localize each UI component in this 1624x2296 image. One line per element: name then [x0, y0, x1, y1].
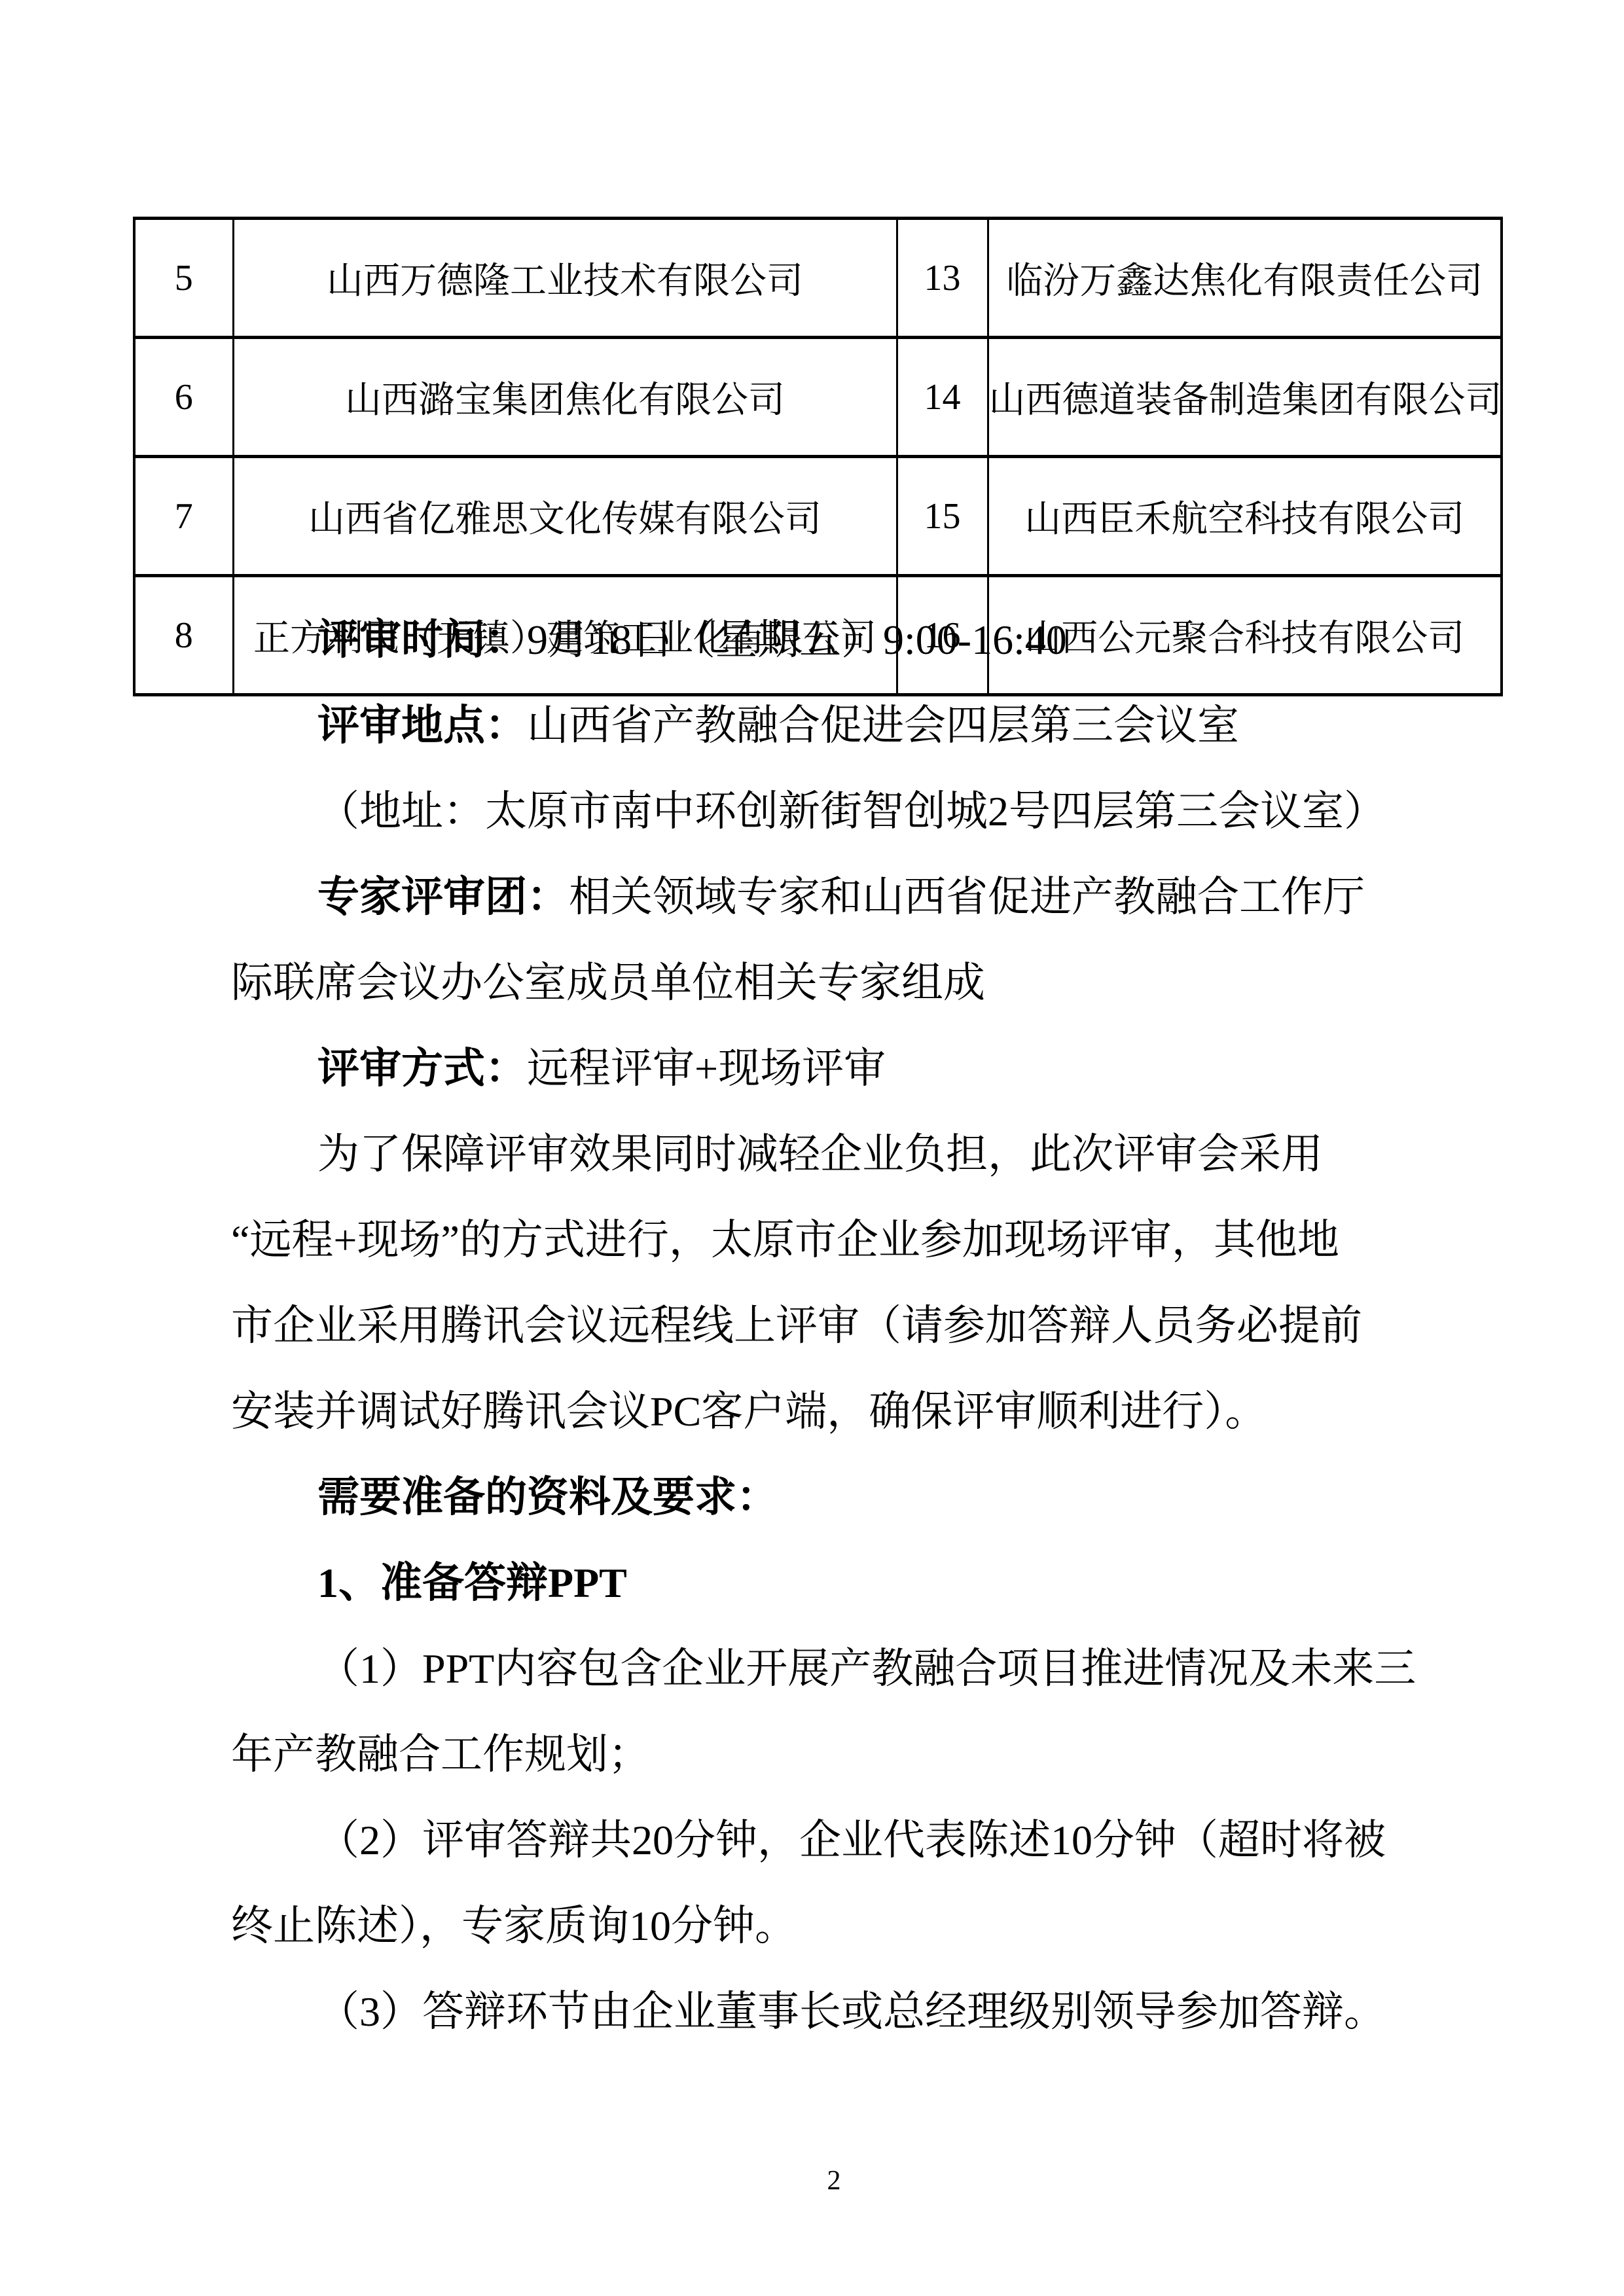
row-number-cell: 14: [897, 338, 988, 457]
row-number-cell: 13: [897, 219, 988, 338]
page-number: 2: [827, 2165, 841, 2197]
company-name-cell: 临汾万鑫达焦化有限责任公司: [988, 219, 1502, 338]
line-label: 评审时间：: [317, 617, 527, 663]
line-text: 安装并调试好腾讯会议PC客户端，确保评审顺利进行）。: [231, 1388, 1267, 1435]
body-line-para-cont: 安装并调试好腾讯会议PC客户端，确保评审顺利进行）。: [231, 1369, 1403, 1454]
body-line-address: （地址：太原市南中环创新街智创城2号四层第三会议室）: [231, 768, 1403, 854]
line-label: 需要准备的资料及要求：: [317, 1474, 778, 1520]
body-line-review-place: 评审地点：山西省产教融合促进会四层第三会议室: [231, 683, 1403, 768]
line-text: 终止陈述），专家质询10分钟。: [231, 1903, 797, 1949]
line-text: （地址：太原市南中环创新街智创城2号四层第三会议室）: [317, 788, 1386, 834]
company-name-cell: 山西省亿雅思文化传媒有限公司: [233, 457, 897, 576]
body-line-materials-heading: 需要准备的资料及要求：: [231, 1454, 1403, 1540]
line-text: （1）PPT内容包含企业开展产教融合项目推进情况及未来三: [317, 1645, 1416, 1692]
table-row: 6 山西潞宝集团焦化有限公司 14 山西德道装备制造集团有限公司: [134, 338, 1502, 457]
body-line-expert-panel: 专家评审团：相关领域专家和山西省促进产教融合工作厅: [231, 854, 1403, 940]
line-label: 1、准备答辩PPT: [317, 1560, 627, 1606]
line-label: 专家评审团：: [317, 874, 569, 920]
line-text: 际联席会议办公室成员单位相关专家组成: [231, 960, 985, 1006]
row-number-cell: 6: [134, 338, 233, 457]
line-text: 相关领域专家和山西省促进产教融合工作厅: [569, 874, 1365, 920]
body-line-sub-item-1-cont: 年产教融合工作规划；: [231, 1712, 1403, 1797]
line-label: 评审地点：: [317, 702, 527, 749]
line-text: 9月18日（星期五）9:00-16:40: [527, 617, 1067, 663]
body-line-item-1-heading: 1、准备答辩PPT: [231, 1540, 1403, 1626]
body-line-sub-item-2: （2）评审答辩共20分钟，企业代表陈述10分钟（超时将被: [231, 1797, 1403, 1883]
row-number-cell: 8: [134, 576, 233, 695]
table-row: 7 山西省亿雅思文化传媒有限公司 15 山西臣禾航空科技有限公司: [134, 457, 1502, 576]
line-text: 为了保障评审效果同时减轻企业负担，此次评审会采用: [317, 1131, 1323, 1177]
body-line-review-method: 评审方式：远程评审+现场评审: [231, 1026, 1403, 1111]
line-label: 评审方式：: [317, 1045, 527, 1092]
line-text: 市企业采用腾讯会议远程线上评审（请参加答辩人员务必提前: [231, 1302, 1362, 1349]
row-number-cell: 5: [134, 219, 233, 338]
line-text: 山西省产教融合促进会四层第三会议室: [527, 702, 1239, 749]
body-text: 评审时间：9月18日（星期五）9:00-16:40 评审地点：山西省产教融合促进…: [231, 597, 1403, 2054]
body-line-review-time: 评审时间：9月18日（星期五）9:00-16:40: [231, 597, 1403, 683]
body-line-sub-item-1: （1）PPT内容包含企业开展产教融合项目推进情况及未来三: [231, 1626, 1403, 1712]
line-text: “远程+现场”的方式进行，太原市企业参加现场评审，其他地: [231, 1217, 1339, 1263]
document-page: 5 山西万德隆工业技术有限公司 13 临汾万鑫达焦化有限责任公司 6 山西潞宝集…: [0, 0, 1624, 2296]
body-line-para-cont: “远程+现场”的方式进行，太原市企业参加现场评审，其他地: [231, 1197, 1403, 1283]
body-line-sub-item-3: （3）答辩环节由企业董事长或总经理级别领导参加答辩。: [231, 1969, 1403, 2054]
company-name-cell: 山西臣禾航空科技有限公司: [988, 457, 1502, 576]
line-text: （3）答辩环节由企业董事长或总经理级别领导参加答辩。: [317, 1988, 1386, 2035]
company-name-cell: 山西万德隆工业技术有限公司: [233, 219, 897, 338]
line-text: 远程评审+现场评审: [527, 1045, 886, 1092]
body-line-sub-item-2-cont: 终止陈述），专家质询10分钟。: [231, 1883, 1403, 1969]
row-number-cell: 15: [897, 457, 988, 576]
body-line-para-cont: 市企业采用腾讯会议远程线上评审（请参加答辩人员务必提前: [231, 1283, 1403, 1369]
line-text: 年产教融合工作规划；: [231, 1731, 650, 1778]
body-line-expert-panel-cont: 际联席会议办公室成员单位相关专家组成: [231, 940, 1403, 1026]
row-number-cell: 7: [134, 457, 233, 576]
line-text: （2）评审答辩共20分钟，企业代表陈述10分钟（超时将被: [317, 1817, 1386, 1863]
table-row: 5 山西万德隆工业技术有限公司 13 临汾万鑫达焦化有限责任公司: [134, 219, 1502, 338]
body-line-para: 为了保障评审效果同时减轻企业负担，此次评审会采用: [231, 1111, 1403, 1197]
company-name-cell: 山西德道装备制造集团有限公司: [988, 338, 1502, 457]
company-name-cell: 山西潞宝集团焦化有限公司: [233, 338, 897, 457]
